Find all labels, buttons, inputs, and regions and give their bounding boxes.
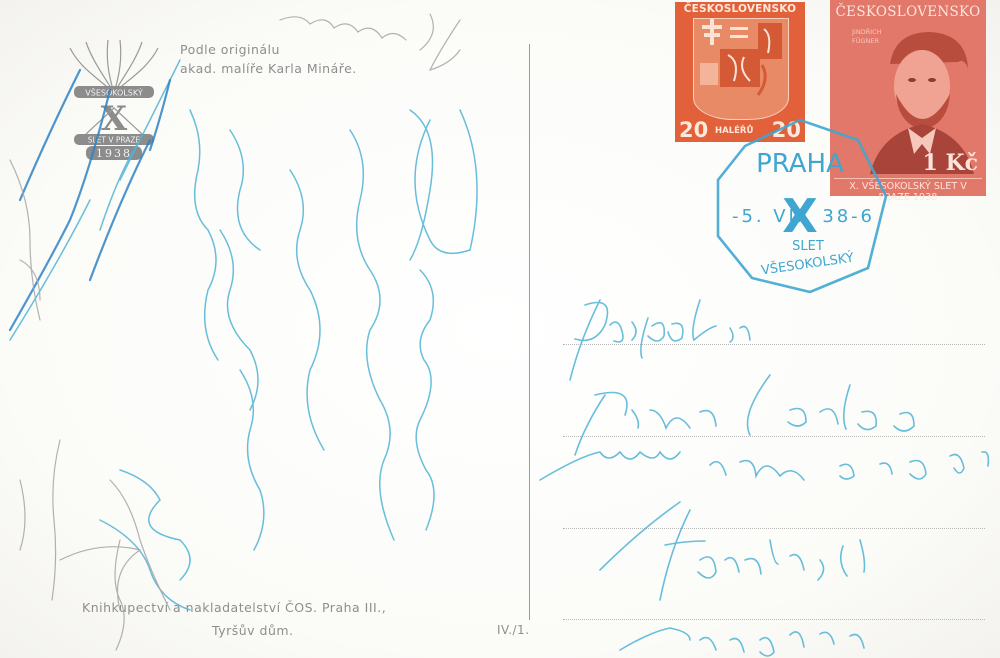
- postmark-numeral: X: [782, 189, 817, 243]
- handwritten-address: [540, 300, 988, 656]
- postmark-text-2: VŠESOKOLSKÝ: [760, 250, 855, 279]
- publisher-line-1: Knihkupectví a nakladatelství ČOS. Praha…: [82, 600, 386, 615]
- emblem-numeral: X: [101, 99, 128, 139]
- sokol-slet-emblem: VŠESOKOLSKÝ X SLET V PRAZE 1938: [68, 38, 160, 163]
- postmark-text-1: SLET: [792, 239, 824, 254]
- artist-credit-line-1: Podle originálu: [180, 42, 280, 57]
- stamp-value-right: 20: [772, 118, 801, 142]
- address-line-2: [563, 436, 985, 437]
- stamp-value: 1 Kč: [923, 150, 978, 176]
- message-address-divider: [529, 44, 530, 620]
- stamp-20-haleru: ČESKOSLOVENSKO 20 HALÉŘŮ 20: [667, 0, 811, 150]
- stamp-unit: HALÉŘŮ: [715, 126, 753, 136]
- emblem-bottom-band: SLET V PRAZE: [88, 136, 141, 145]
- stamp-country: ČESKOSLOVENSKO: [675, 3, 805, 15]
- stamp-value-left: 20: [679, 118, 708, 142]
- postcard: VŠESOKOLSKÝ X SLET V PRAZE 1938 Podle or…: [0, 0, 1000, 658]
- emblem-top-band: VŠESOKOLSKÝ: [85, 87, 143, 98]
- address-line-3: [563, 528, 985, 529]
- emblem-year: 1938: [96, 147, 132, 160]
- series-code: IV./1.: [497, 623, 530, 637]
- publisher-line-2: Tyršův dům.: [212, 623, 294, 638]
- stamp-caption: X. VŠESOKOLSKÝ SLET V PRAZE 1938: [834, 178, 982, 203]
- postmark-date: -5. VII. 38-6: [732, 206, 872, 227]
- artist-credit-line-2: akad. malíře Karla Mináře.: [180, 61, 357, 76]
- coat-of-arms-icon: [693, 18, 789, 120]
- stamp-1-koruna-fugner: ČESKOSLOVENSKO JINDŘICH FÜGNER 1 Kč X. V…: [822, 0, 992, 205]
- address-line-1: [563, 344, 985, 345]
- stamp-country: ČESKOSLOVENSKO: [830, 4, 986, 20]
- address-line-4: [563, 619, 985, 620]
